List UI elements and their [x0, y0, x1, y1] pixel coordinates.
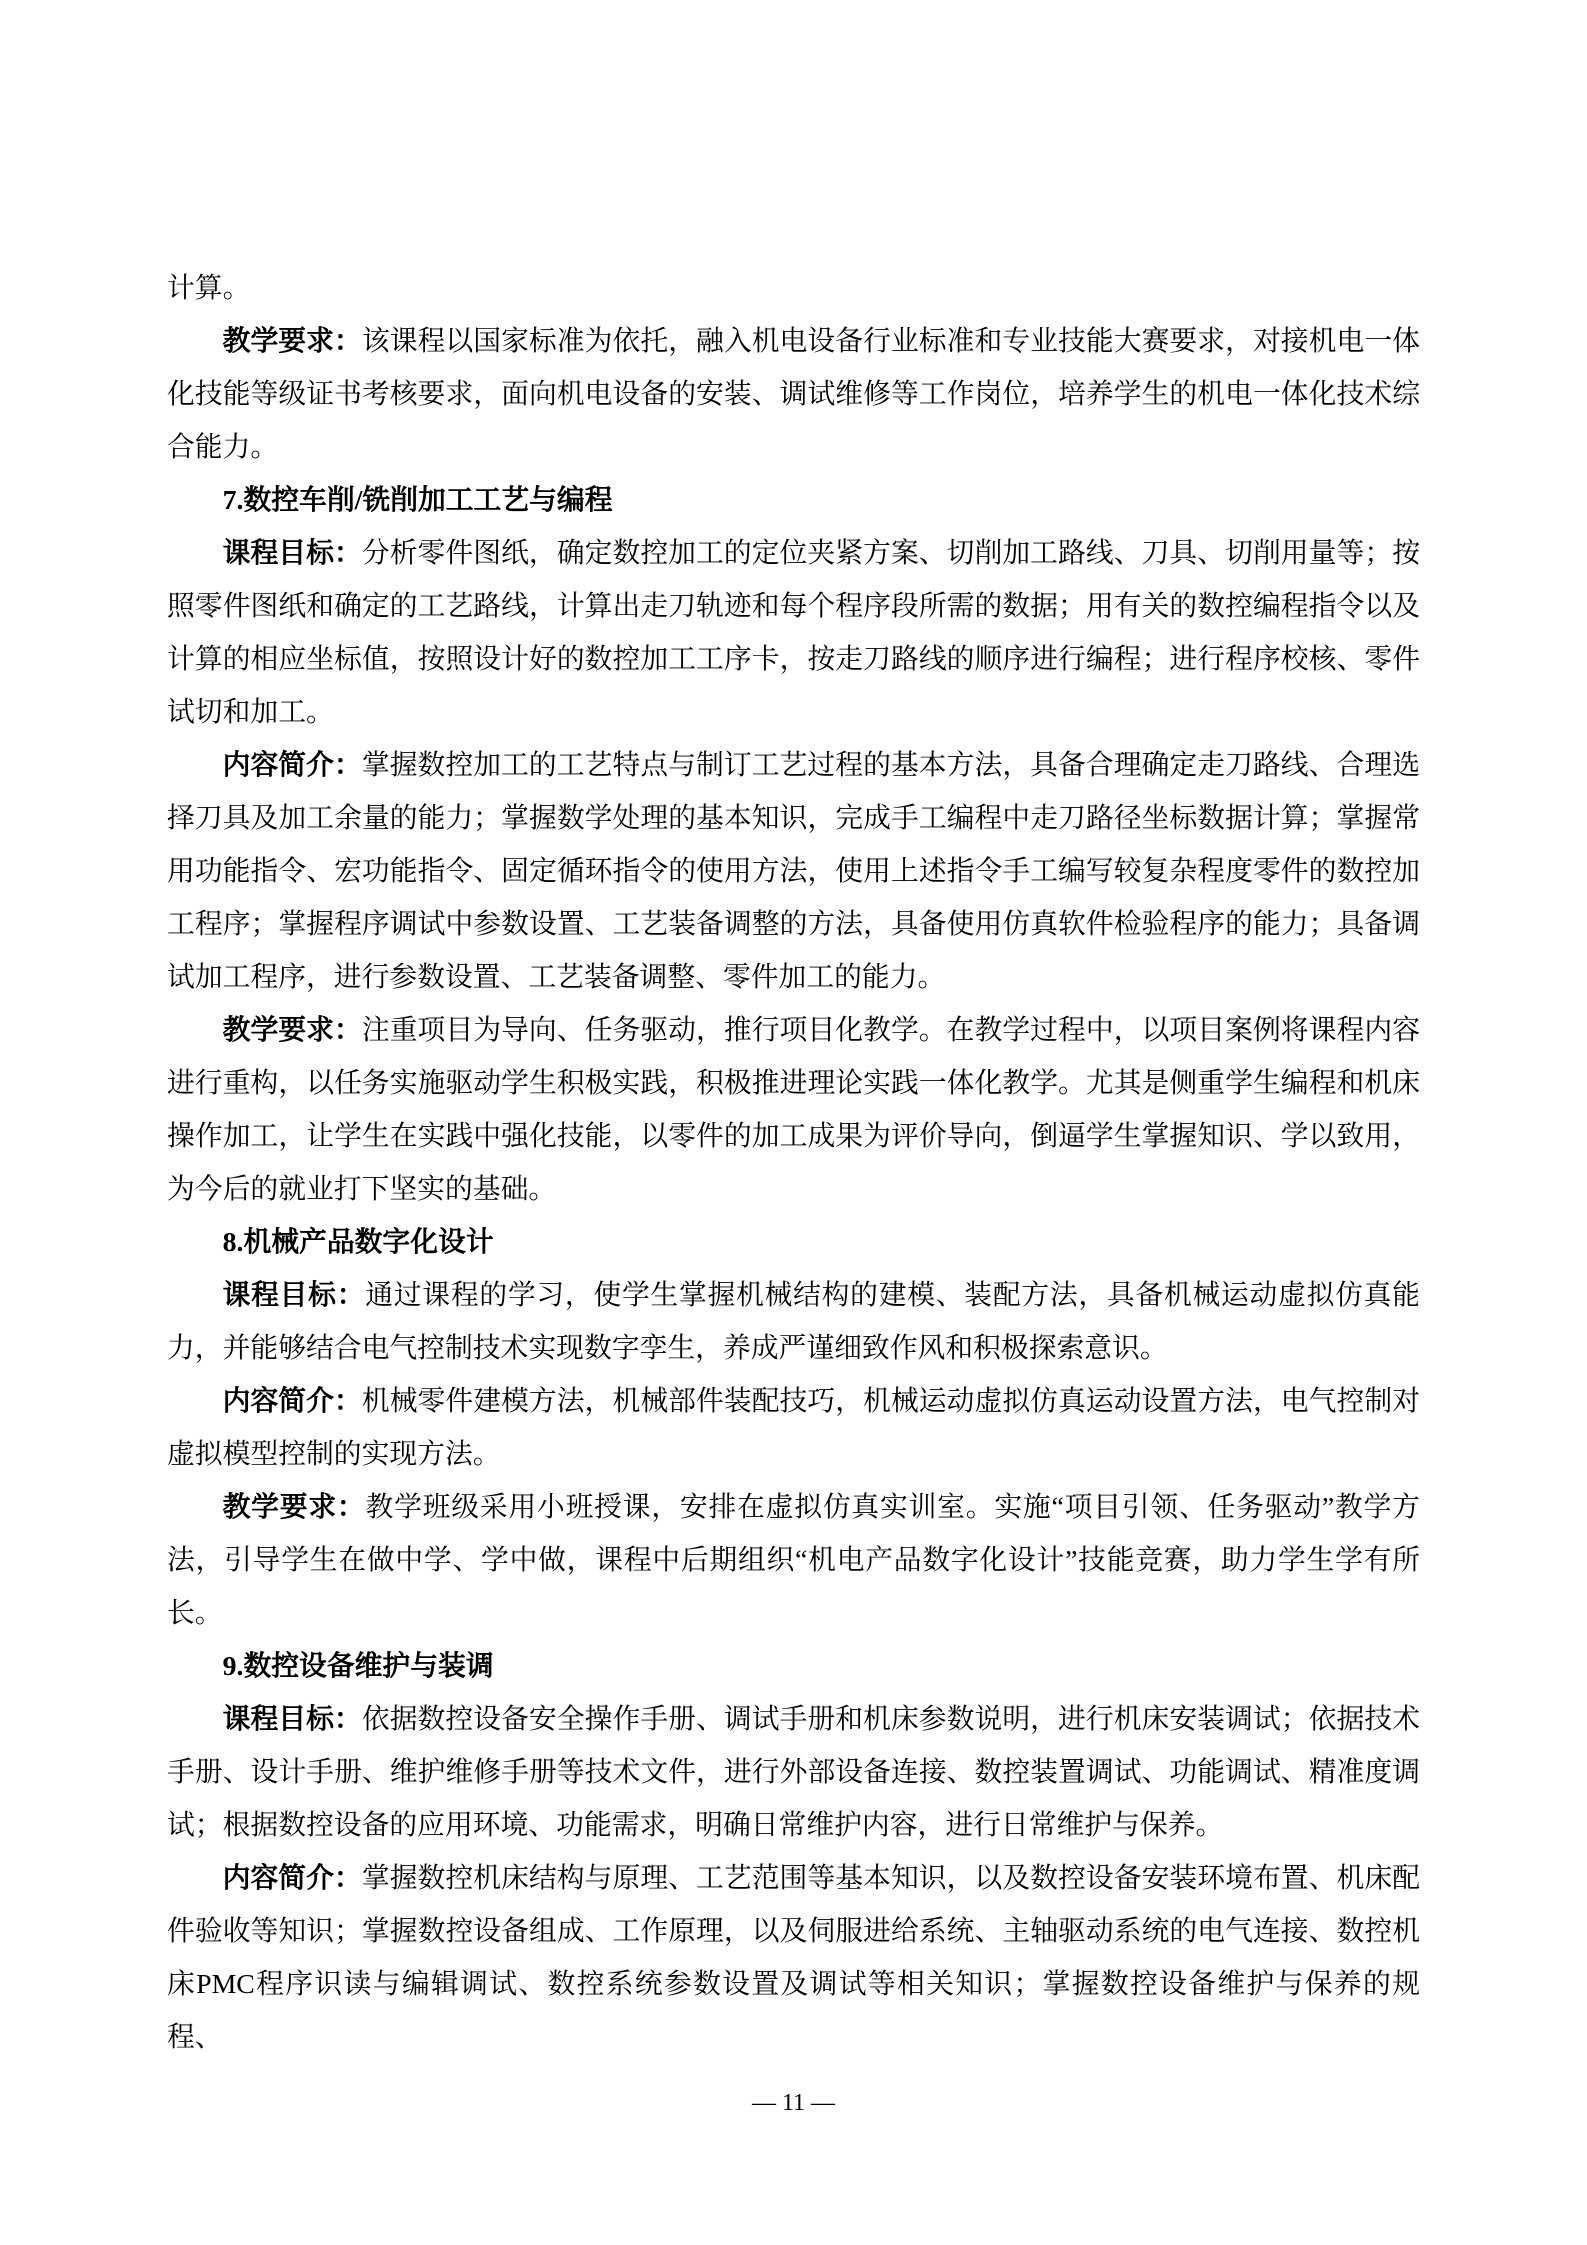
- paragraph-label: 内容简介：: [223, 1863, 362, 1894]
- course-heading-9: 9.数控设备维护与装调: [167, 1640, 1420, 1693]
- paragraph-course-goals: 课程目标：依据数控设备安全操作手册、调试手册和机床参数说明，进行机床安装调试；依…: [167, 1693, 1420, 1852]
- paragraph-label: 教学要求：: [223, 1015, 362, 1046]
- paragraph-label: 内容简介：: [223, 750, 362, 781]
- paragraph-content-summary: 内容简介：掌握数控加工的工艺特点与制订工艺过程的基本方法，具备合理确定走刀路线、…: [167, 739, 1420, 1004]
- paragraph-text: 计算。: [167, 273, 250, 304]
- paragraph-label: 课程目标：: [223, 538, 362, 569]
- page-number: — 11 —: [0, 2090, 1587, 2117]
- document-page: 计算。 教学要求：该课程以国家标准为依托，融入机电设备行业标准和专业技能大赛要求…: [0, 0, 1587, 2245]
- course-heading-8: 8.机械产品数字化设计: [167, 1216, 1420, 1269]
- paragraph-course-goals: 课程目标：通过课程的学习，使学生掌握机械结构的建模、装配方法，具备机械运动虚拟仿…: [167, 1269, 1420, 1375]
- course-heading-7: 7.数控车削/铣削加工工艺与编程: [167, 474, 1420, 527]
- paragraph-label: 内容简介：: [223, 1386, 362, 1417]
- paragraph-continuation: 计算。: [167, 262, 1420, 315]
- paragraph-text: 掌握数控加工的工艺特点与制订工艺过程的基本方法，具备合理确定走刀路线、合理选择刀…: [167, 750, 1420, 993]
- paragraph-content-summary: 内容简介：机械零件建模方法，机械部件装配技巧，机械运动虚拟仿真运动设置方法，电气…: [167, 1375, 1420, 1481]
- paragraph-label: 课程目标：: [223, 1280, 366, 1311]
- paragraph-teaching-requirements: 教学要求：该课程以国家标准为依托，融入机电设备行业标准和专业技能大赛要求，对接机…: [167, 315, 1420, 474]
- paragraph-teaching-requirements: 教学要求：教学班级采用小班授课，安排在虚拟仿真实训室。实施“项目引领、任务驱动”…: [167, 1481, 1420, 1640]
- paragraph-label: 教学要求：: [223, 1492, 366, 1523]
- paragraph-label: 教学要求：: [223, 326, 362, 357]
- paragraph-content-summary: 内容简介：掌握数控机床结构与原理、工艺范围等基本知识，以及数控设备安装环境布置、…: [167, 1852, 1420, 2064]
- paragraph-teaching-requirements: 教学要求：注重项目为导向、任务驱动，推行项目化教学。在教学过程中，以项目案例将课…: [167, 1004, 1420, 1216]
- paragraph-course-goals: 课程目标：分析零件图纸，确定数控加工的定位夹紧方案、切削加工路线、刀具、切削用量…: [167, 527, 1420, 739]
- paragraph-label: 课程目标：: [223, 1704, 362, 1735]
- page-body: 计算。 教学要求：该课程以国家标准为依托，融入机电设备行业标准和专业技能大赛要求…: [167, 262, 1420, 2064]
